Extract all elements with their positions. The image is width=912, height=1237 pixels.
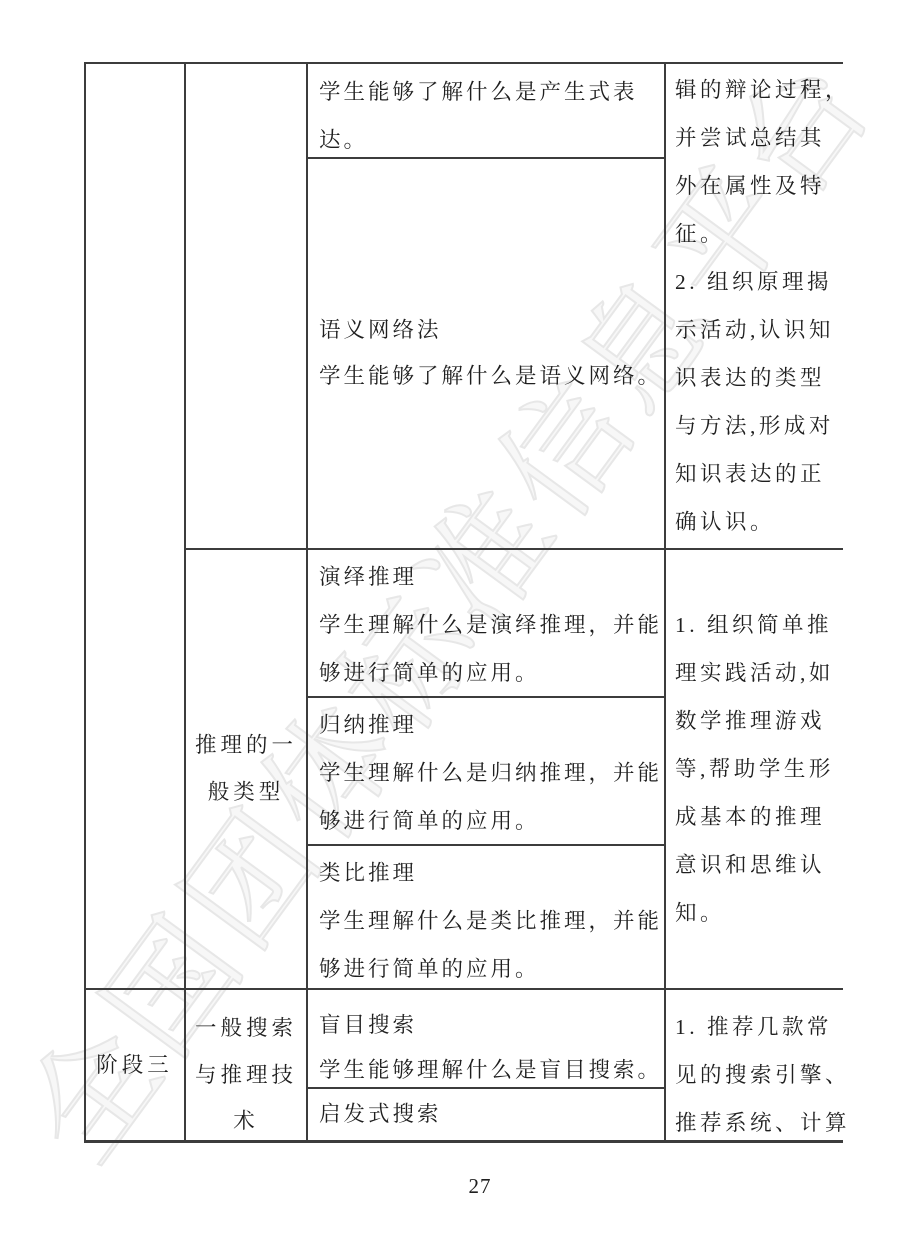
cell-semantic-network: 语义网络法 学生能够了解什么是语义网络。	[307, 158, 665, 548]
cell-activity-search-engines: 1. 推荐几款常 见的搜索引擎、 推荐系统、计算	[675, 1003, 843, 1140]
cell-analogical-reasoning: 类比推理 学生理解什么是类比推理，并能 够进行简单的应用。	[319, 849, 659, 988]
cell-blind-search: 盲目搜索 学生能够理解什么是盲目搜索。	[319, 1003, 659, 1087]
page-number: 27	[24, 1174, 912, 1199]
cell-topic-search-reasoning-tech: 一般搜索 与推理技 术	[185, 1005, 307, 1140]
cell-topic-reasoning-types: 推理的一 般类型	[185, 549, 307, 988]
table-left-border	[84, 62, 86, 1141]
cell-deductive-reasoning: 演绎推理 学生理解什么是演绎推理，并能 够进行简单的应用。	[319, 553, 659, 696]
cell-activity-reasoning-practice: 1. 组织简单推 理实践活动,如 数学推理游戏 等,帮助学生形 成基本的推理 意…	[665, 549, 843, 988]
cell-activity-knowledge-representation: 辑的辩论过程， 并尝试总结其 外在属性及特 征。 2. 组织原理揭 示活动,认识…	[675, 66, 845, 548]
document-page: 全国团体标准信息平台 学生能够了解什么是产生式表 达。 语义网络法 学生能够了解…	[0, 0, 912, 1237]
cell-production-representation: 学生能够了解什么是产生式表 达。	[319, 68, 659, 156]
cell-inductive-reasoning: 归纳推理 学生理解什么是归纳推理，并能 够进行简单的应用。	[319, 701, 659, 844]
cell-stage-three-label: 阶段三	[84, 989, 185, 1140]
table-top-border	[84, 62, 843, 64]
cell-heuristic-search: 启发式搜索	[307, 1088, 665, 1140]
